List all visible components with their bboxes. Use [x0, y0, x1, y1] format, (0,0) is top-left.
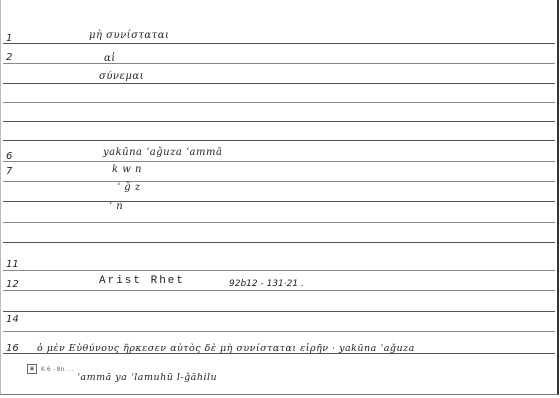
line-number-2: 2	[6, 52, 12, 63]
rule-line	[3, 102, 555, 103]
rule-line	[3, 201, 555, 202]
rule-line	[3, 43, 555, 44]
entry-line-9: ʿ n	[109, 201, 123, 212]
entry-line-16: ὁ μὲν Εὐθύνους ἤρκεσεν αὐτὸς δὲ μὴ συνίσ…	[37, 343, 415, 354]
source-label: Arist Rhet	[99, 275, 185, 287]
rule-line	[3, 121, 555, 122]
entry-line-3: σύνεμαι	[99, 71, 144, 82]
rule-line	[3, 242, 555, 243]
source-reference: 92b12 - 131·21 .	[229, 279, 304, 289]
rule-line	[3, 83, 555, 84]
rule-line	[3, 140, 555, 141]
entry-line-1: μὴ συνίσταται	[89, 30, 169, 41]
line-number-6: 6	[6, 151, 12, 162]
archive-stamp: ▣ K 6 - 8n. . .	[27, 364, 74, 374]
rule-line	[3, 290, 555, 291]
line-number-1: 1	[6, 33, 12, 44]
line-number-14: 14	[6, 314, 19, 325]
line-number-12: 12	[6, 279, 19, 290]
rule-line	[3, 161, 555, 162]
rule-line	[3, 63, 555, 64]
rule-line	[3, 311, 555, 312]
line-number-7: 7	[6, 166, 12, 177]
entry-line-2: αἰ	[104, 53, 116, 64]
index-card: 1 2 6 7 11 12 14 16 μὴ συνίσταται αἰ σύν…	[0, 0, 559, 395]
rule-line	[3, 270, 555, 271]
line-number-16: 16	[6, 343, 19, 354]
entry-line-8: ʿ ǧ z	[117, 182, 141, 193]
entry-line-17: ʿammā ya ʿlamuhū l-ǧāhilu	[77, 372, 217, 383]
rule-line	[3, 222, 555, 223]
entry-line-7: k w n	[112, 164, 142, 175]
line-number-11: 11	[6, 259, 19, 270]
rule-line	[3, 331, 555, 332]
rule-line	[3, 181, 555, 182]
entry-line-6: yakūna ʿaǧuza ʿammā	[103, 147, 222, 158]
archive-stamp-icon: ▣	[27, 364, 37, 374]
stamp-label: K 6 - 8n. . .	[41, 366, 74, 373]
